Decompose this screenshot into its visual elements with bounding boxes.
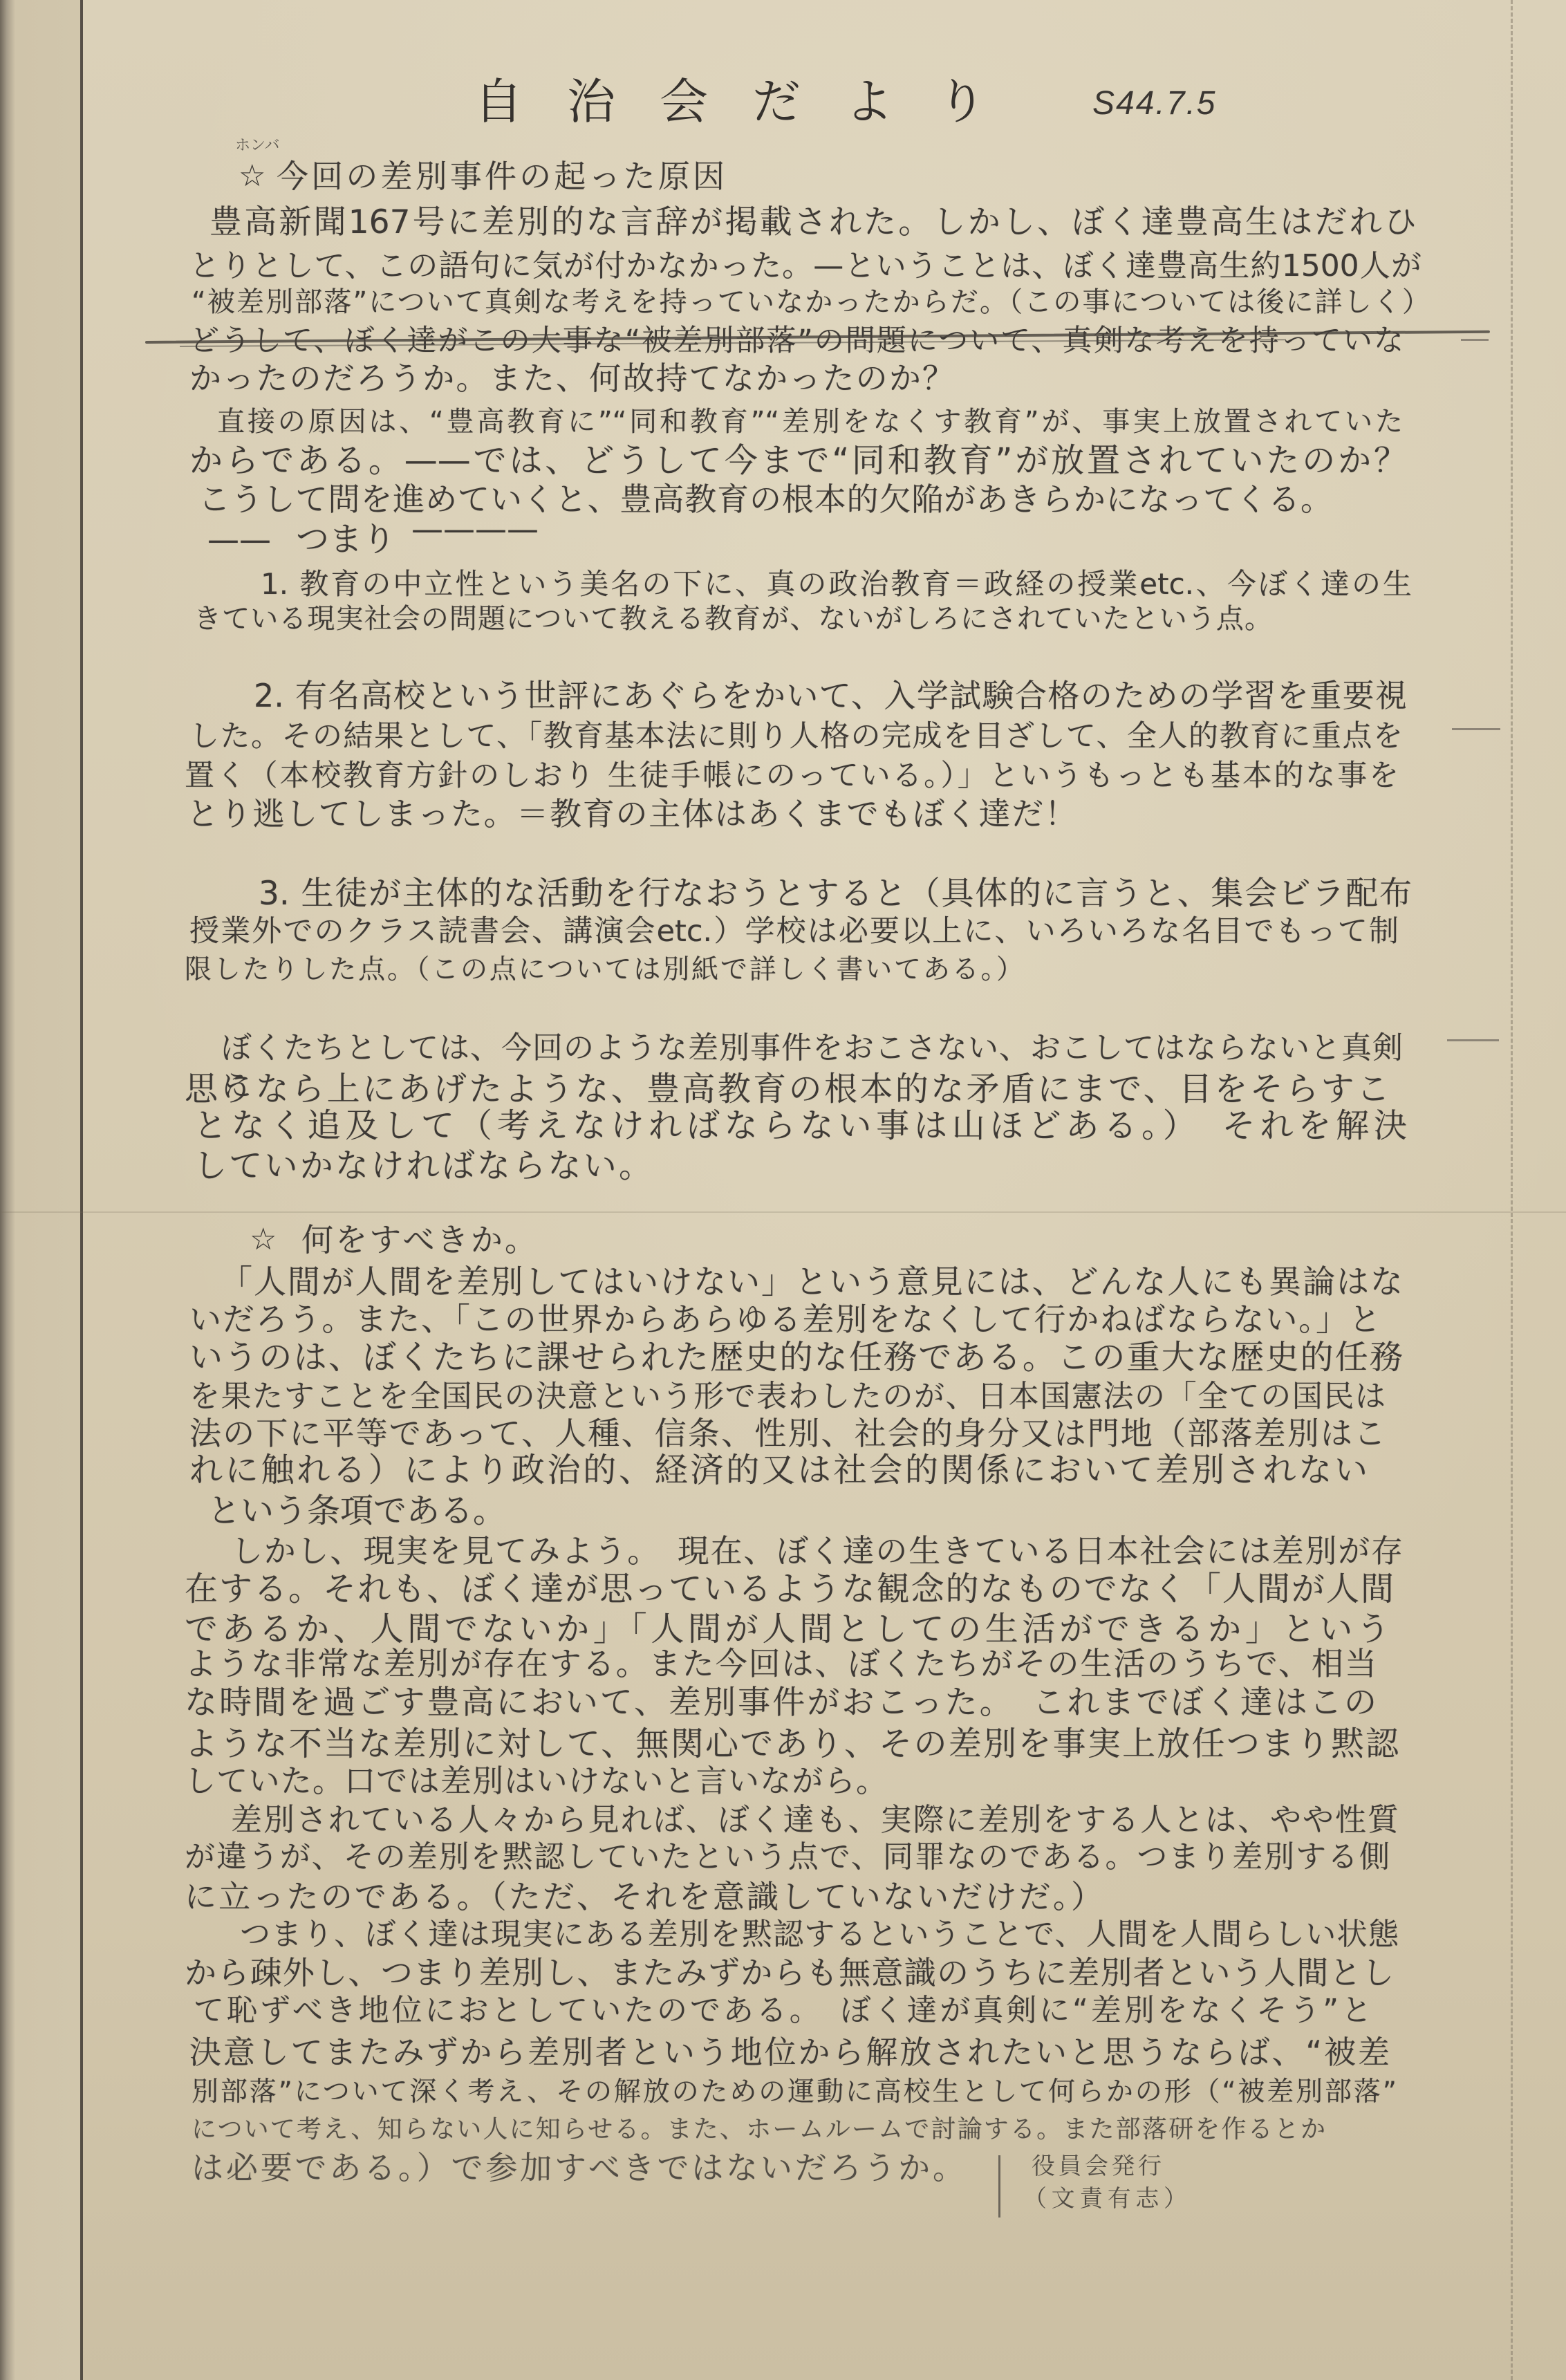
text-line: という条項である。 — [207, 1491, 506, 1530]
newsletter-title: 自治会だより — [474, 74, 1030, 129]
publisher-note: （文責有志） — [1023, 2184, 1187, 2214]
text-line: から疎外し、つまり差別し、またみずからも無意識のうちに差別者という人間とし — [185, 1953, 1394, 1992]
text-line: 在する。それも、ぼく達が思っているような観念的なものでなく「人間が人間 — [185, 1570, 1394, 1608]
text-line: となく追及して（考えなければならない事は山ほどある。） それを解決 — [194, 1106, 1407, 1145]
text-line: が違うが、その差別を黙認していたという点で、同罪なのである。つまり差別する側 — [185, 1838, 1390, 1877]
text-line: いうのは、ぼくたちに課せられた歴史的な任務である。この重大な歴史的任務 — [189, 1338, 1403, 1377]
text-line: “被差別部落”について真剣な考えを持っていなかったからだ。（この事については後に… — [192, 283, 1430, 322]
text-line: 直接の原因は、“豊高教育に”“同和教育”“差別をなくす教育”が、事実上放置されて… — [217, 402, 1403, 441]
text-line: ぼくたちとしては、今回のような差別事件をおこさない、おこしてはならないと真剣に — [221, 1029, 1403, 1068]
point-3-line: 限したりした点。（この点については別紙で詳しく書いてある。） — [185, 951, 1023, 989]
summary-dash: ———— — [411, 510, 539, 548]
text-line: からである。——では、どうして今まで“同和教育”が放置されていたのか？ — [189, 441, 1407, 480]
section-heading: 今回の差別事件の起った原因 — [277, 157, 725, 196]
text-line: て恥ずべき地位におとしていたのである。 ぼく達が真剣に“差別をなくそう”と — [194, 1991, 1372, 2030]
text-line: 別部落”について深く考え、その解放のための運動に高校生として何らかの形（“被差別… — [192, 2073, 1397, 2112]
vertical-fold-line — [1511, 0, 1513, 2380]
edge-mark — [1452, 728, 1500, 730]
text-line: な時間を過ごす豊高において、差別事件がおこった。 これまでぼく達はこの — [185, 1684, 1377, 1722]
text-line: であるか、人間でないか」「人間が人間としての生活ができるか」という — [185, 1610, 1390, 1648]
point-3-line: 授業外でのクラス読書会、講演会etc.）学校は必要以上に、いろいろな名目でもって… — [189, 912, 1399, 951]
text-line: 思うなら上にあげたような、豊高教育の根本的な矛盾にまで、目をそらすこ — [185, 1070, 1390, 1108]
text-line: に立ったのである。（ただ、それを意識していないだけだ。） — [185, 1877, 1103, 1916]
text-line: を果たすことを全国民の決意という形で表わしたのが、日本国憲法の「全ての国民は — [189, 1377, 1386, 1416]
text-line: 決意してまたみずから差別者という地位から解放されたいと思うならば、“被差 — [189, 2033, 1390, 2072]
edge-mark — [1447, 1039, 1499, 1041]
publisher-credit: 役員会発行 — [1032, 2151, 1162, 2182]
text-line: かったのだろうか。また、何故持てなかったのか？ — [189, 359, 954, 398]
text-line: れに触れる）により政治的、経済的又は社会的関係において差別されない — [189, 1451, 1368, 1489]
text-line: していた。口では差別はいけないと言いながら。 — [185, 1762, 887, 1801]
text-line: しかし、現実を見てみよう。 現在、ぼく達の生きている日本社会には差別が存 — [231, 1532, 1403, 1570]
bracket-line — [998, 2155, 1000, 2218]
margin-note: ホンバ — [235, 137, 279, 155]
text-line: について考え、知らない人に知らせる。また、ホームルームで討論する。また部落研を作… — [192, 2110, 1325, 2149]
section-heading: 何をすべきか。 — [301, 1220, 537, 1259]
summary-label: つまり — [296, 520, 395, 559]
text-line: こうして問を進めていくと、豊高教育の根本的欠陥があきらかになってくる。 — [198, 480, 1332, 519]
point-1-line: 1. 教育の中立性という美名の下に、真の政治教育＝政経の授業etc.、今ぼく達の… — [261, 565, 1412, 604]
star-icon: ☆ — [239, 157, 265, 196]
text-line: 法の下に平等であって、人種、信条、性別、社会的身分又は門地（部落差別はこ — [189, 1414, 1386, 1453]
point-2-line: とり逃してしまった。＝教育の主体はあくまでもぼく達だ！ — [187, 794, 1076, 833]
paper-margin — [0, 0, 80, 2380]
issue-date: S44.7.5 — [1092, 84, 1216, 123]
text-line: とりとして、この語句に気が付かなかった。—ということは、ぼく達豊高生約1500人… — [189, 247, 1421, 286]
point-3-line: 3. 生徒が主体的な活動を行なおうとすると（具体的に言うと、集会ビラ配布 — [259, 875, 1412, 913]
text-line: は必要である。）で参加すべきではないだろうか。 — [192, 2148, 964, 2187]
star-icon: ☆ — [250, 1220, 277, 1259]
point-1-line: きている現実社会の問題について教える教育が、ないがしろにされていたという点。 — [194, 599, 1272, 638]
margin-rule-line — [80, 0, 83, 2380]
text-line: 「人間が人間を差別してはいけない」という意見には、どんな人にも異論はな — [220, 1263, 1403, 1302]
summary-dash: —— — [207, 520, 271, 559]
point-2-line: した。その結果として、「教育基本法に則り人格の完成を目ざして、全人的教育に重点を — [189, 717, 1403, 756]
text-line: ような非常な差別が存在する。また今回は、ぼくたちがその生活のうちで、相当 — [185, 1644, 1377, 1683]
edge-mark — [1461, 339, 1489, 341]
text-line: ような不当な差別に対して、無関心であり、その差別を事実上放任つまり黙認 — [185, 1724, 1399, 1763]
text-line: していかなければならない。 — [194, 1146, 652, 1185]
point-2-line: 2. 有名高校という世評にあぐらをかいて、入学試験合格のための学習を重要視 — [254, 676, 1407, 715]
horizontal-fold-line — [0, 1211, 1566, 1213]
point-2-line: 置く（本校教育方針のしおり 生徒手帳にのっている。）」というもっとも基本的な事を — [185, 756, 1399, 795]
text-line: つまり、ぼく達は現実にある差別を黙認するということで、人間を人間らしい状態 — [240, 1915, 1399, 1954]
text-line: 豊高新聞167号に差別的な言辞が掲載された。しかし、ぼく達豊高生はだれひ — [209, 203, 1417, 242]
text-line: 差別されている人々から見れば、ぼく達も、実際に差別をする人とは、やや性質 — [231, 1801, 1399, 1839]
text-line: いだろう。また、「この世界からあらゆる差別をなくして行かねばならない。」と — [189, 1300, 1381, 1339]
